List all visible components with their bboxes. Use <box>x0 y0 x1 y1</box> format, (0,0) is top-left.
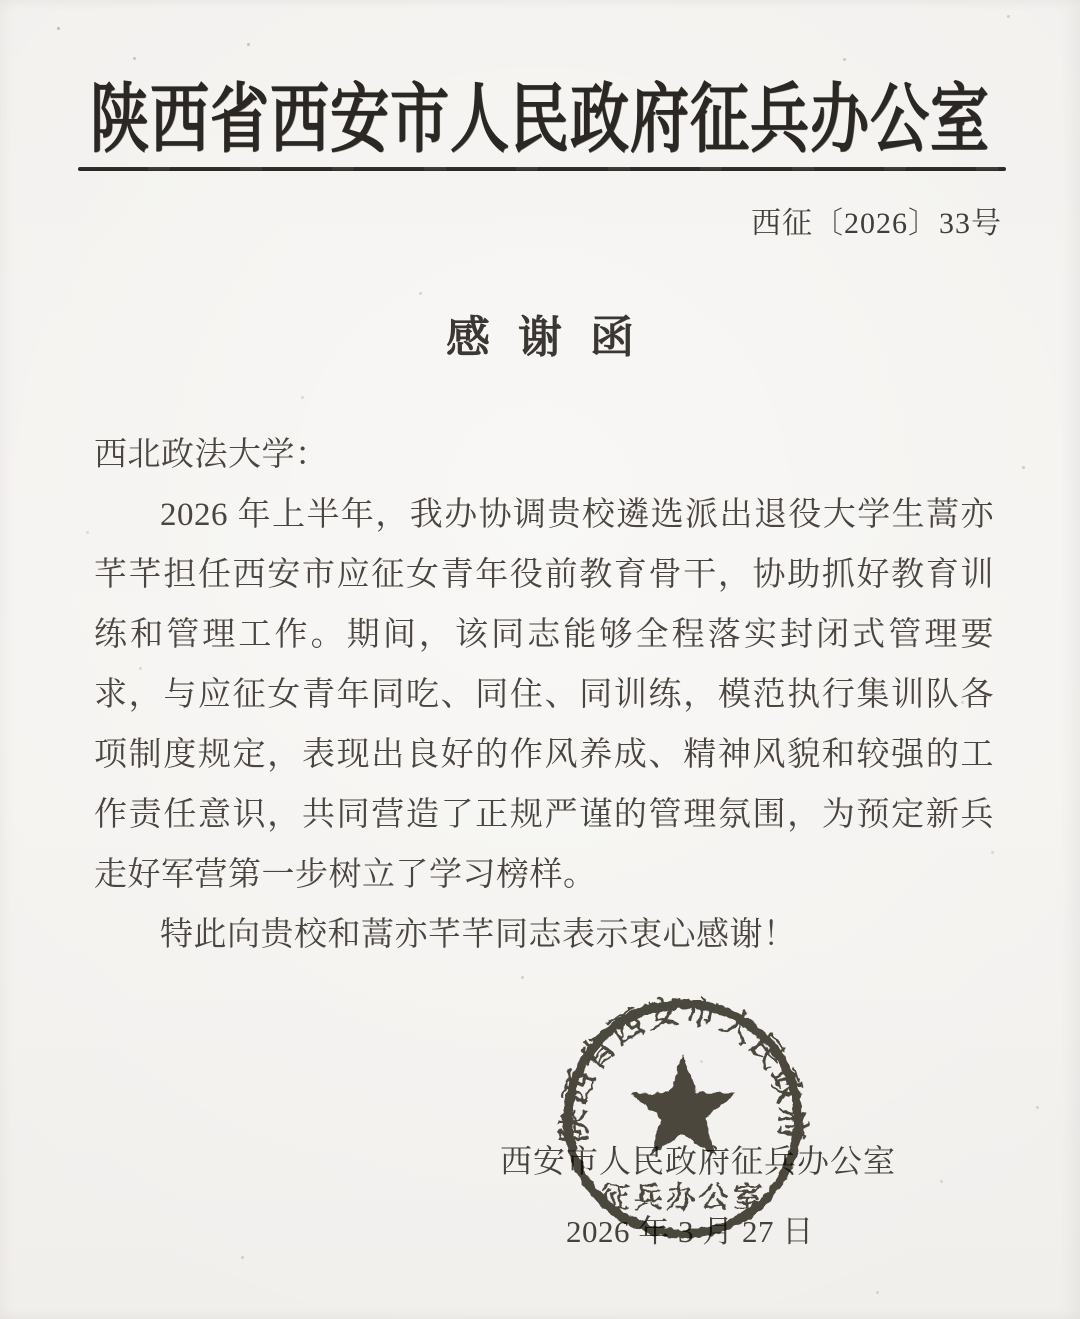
addressee-line: 西北政法大学： <box>94 425 994 485</box>
star-icon <box>630 1055 737 1156</box>
letterhead-org-name: 陕西省西安市人民政府征兵办公室 <box>0 58 1080 167</box>
seal-bottom-text: 征兵办公室 <box>600 1181 765 1214</box>
body-paragraph-2: 特此向贵校和蒿亦芊芊同志表示衷心感谢！ <box>94 905 994 965</box>
scanned-letter-page: 陕西省西安市人民政府征兵办公室 西征〔2026〕33号 感谢函 西北政法大学： … <box>0 0 1080 1319</box>
body-paragraph-1: 2026 年上半年，我办协调贵校遴选派出退役大学生蒿亦芊芊担任西安市应征女青年役… <box>94 485 994 905</box>
document-number: 西征〔2026〕33号 <box>751 198 1002 242</box>
scan-dust-specks <box>0 0 3 3</box>
letterhead-divider-rule <box>78 167 1006 171</box>
letter-body: 西北政法大学： 2026 年上半年，我办协调贵校遴选派出退役大学生蒿亦芊芊担任西… <box>94 425 994 965</box>
letter-title: 感谢函 <box>0 301 1080 365</box>
official-round-seal: 陕西省西安市人民政府 征兵办公室 <box>556 992 810 1246</box>
